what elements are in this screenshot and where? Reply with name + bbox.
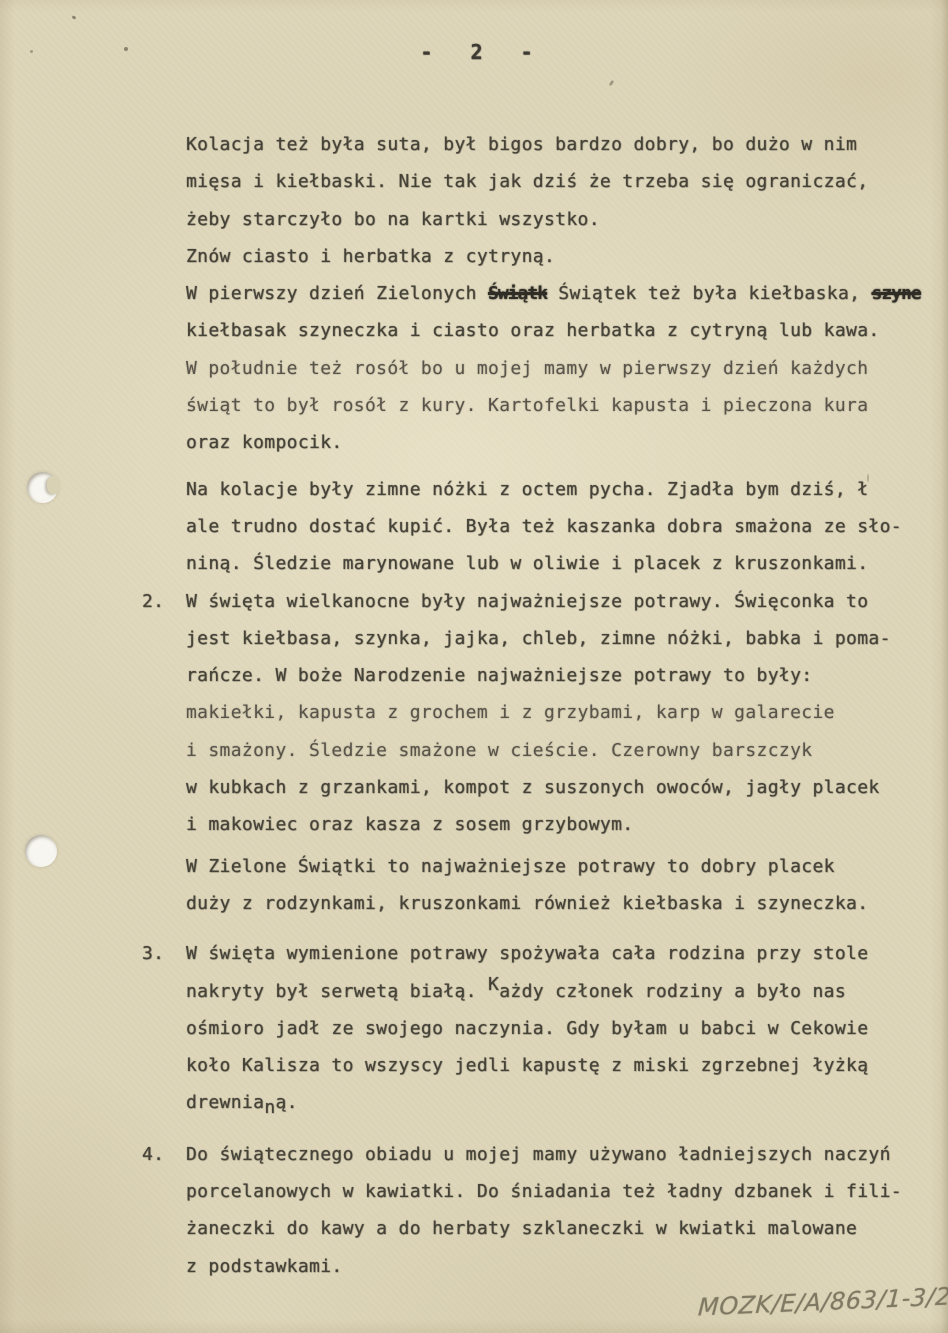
- text-line: Kolacja też była suta, był bigos bardzo …: [186, 126, 926, 163]
- text-segment: świąt to był rosół z kury. Kartofelki ka…: [186, 395, 868, 416]
- text-line: rańcze. W boże Narodzenie najważniejsze …: [186, 657, 926, 694]
- item-number: 3.: [142, 935, 164, 972]
- text-line: W pierwszy dzień Zielonych Świątk Świąte…: [186, 275, 926, 312]
- paper-speck: [72, 15, 77, 20]
- text-line: żaneczki do kawy a do herbaty szklaneczk…: [186, 1210, 926, 1247]
- text-line: Do świątecznego obiadu u mojej mamy używ…: [186, 1136, 926, 1173]
- text-segment: n: [264, 1097, 275, 1118]
- text-segment: nakryty był serwetą białą.: [186, 981, 488, 1002]
- text-segment: Kolacja też była suta, był bigos bardzo …: [186, 134, 857, 155]
- text-segment: niną. Śledzie marynowane lub w oliwie i …: [186, 553, 868, 574]
- text-line: mięsa i kiełbaski. Nie tak jak dziś że t…: [186, 163, 926, 200]
- text-line: w kubkach z grzankami, kompot z suszonyc…: [186, 769, 926, 806]
- text-line: Na kolacje były zimne nóżki z octem pych…: [186, 471, 926, 508]
- text-line: jest kiełbasa, szynka, jajka, chleb, zim…: [186, 620, 926, 657]
- text-line: żeby starczyło bo na kartki wszystko.: [186, 201, 926, 238]
- text-line: Znów ciasto i herbatka z cytryną.: [186, 238, 926, 275]
- struck-out-text: szyne: [872, 283, 921, 304]
- paragraph: Na kolacje były zimne nóżki z octem pych…: [186, 471, 926, 583]
- item-number: 2.: [142, 583, 164, 620]
- text-segment: rańcze. W boże Narodzenie najważniejsze …: [186, 665, 812, 686]
- text-segment: oraz kompocik.: [186, 432, 343, 453]
- paper-speck: [124, 47, 128, 51]
- text-segment: mięsa i kiełbaski. Nie tak jak dziś że t…: [186, 171, 868, 192]
- text-line: i smażony. Śledzie smażone w cieście. Cz…: [186, 732, 926, 769]
- numbered-paragraph: 2.W święta wielkanocne były najważniejsz…: [186, 583, 926, 844]
- text-segment: W Zielone Świątki to najważniejsze potra…: [186, 856, 835, 877]
- struck-out-text: Świątk: [488, 283, 547, 304]
- text-segment: Na kolacje były zimne nóżki z octem pych…: [186, 479, 868, 500]
- paragraph: Znów ciasto i herbatka z cytryną.: [186, 238, 926, 275]
- text-line: W święta wymienione potrawy spożywała ca…: [186, 935, 926, 972]
- catalog-number-handwritten: MOZK/E/A/863/1-3/2: [697, 1282, 948, 1321]
- text-segment: Do świątecznego obiadu u mojej mamy używ…: [186, 1144, 891, 1165]
- text-line: W południe też rosół bo u mojej mamy w p…: [186, 350, 926, 387]
- text-line: i makowiec oraz kasza z sosem grzybowym.: [186, 806, 926, 843]
- text-segment: i smażony. Śledzie smażone w cieście. Cz…: [186, 740, 812, 761]
- document-page: - 2 - Kolacja też była suta, był bigos b…: [0, 0, 948, 1333]
- text-line: oraz kompocik.: [186, 424, 926, 461]
- item-number: 4.: [142, 1136, 164, 1173]
- text-line: makiełki, kapusta z grochem i z grzybami…: [186, 694, 926, 731]
- text-segment: Świątek też była kiełbaska,: [547, 283, 871, 304]
- text-segment: drewnia: [186, 1092, 264, 1113]
- text-segment: żeby starczyło bo na kartki wszystko.: [186, 209, 600, 230]
- numbered-paragraph: 3.W święta wymienione potrawy spożywała …: [186, 935, 926, 1121]
- text-block: Kolacja też była suta, był bigos bardzo …: [186, 126, 926, 1285]
- text-line: porcelanowych w kawiatki. Do śniadania t…: [186, 1173, 926, 1210]
- text-line: W święta wielkanocne były najważniejsze …: [186, 583, 926, 620]
- text-segment: ośmioro jadł ze swojego naczynia. Gdy by…: [186, 1018, 868, 1039]
- paragraph: W pierwszy dzień Zielonych Świątk Świąte…: [186, 275, 926, 461]
- text-segment: K: [488, 974, 499, 995]
- text-line: ale trudno dostać kupić. Była też kaszan…: [186, 508, 926, 545]
- paragraph: Kolacja też była suta, był bigos bardzo …: [186, 126, 926, 238]
- text-line: nakryty był serwetą białą. Każdy członek…: [186, 973, 926, 1010]
- text-segment: makiełki, kapusta z grochem i z grzybami…: [186, 702, 835, 723]
- text-segment: porcelanowych w kawiatki. Do śniadania t…: [186, 1181, 902, 1202]
- paper-speck: [609, 80, 615, 87]
- text-segment: duży z rodzynkami, kruszonkami również k…: [186, 893, 868, 914]
- text-segment: W święta wymienione potrawy spożywała ca…: [186, 943, 868, 964]
- text-segment: żaneczki do kawy a do herbaty szklaneczk…: [186, 1218, 857, 1239]
- text-line: kiełbasak szyneczka i ciasto oraz herbat…: [186, 312, 926, 349]
- paragraph: W Zielone Świątki to najważniejsze potra…: [186, 848, 926, 923]
- text-segment: kiełbasak szyneczka i ciasto oraz herbat…: [186, 320, 880, 341]
- text-line: W Zielone Świątki to najważniejsze potra…: [186, 848, 926, 885]
- text-segment: ażdy członek rodziny a było nas: [499, 981, 846, 1002]
- text-line: niną. Śledzie marynowane lub w oliwie i …: [186, 545, 926, 582]
- text-line: ośmioro jadł ze swojego naczynia. Gdy by…: [186, 1010, 926, 1047]
- text-line: duży z rodzynkami, kruszonkami również k…: [186, 885, 926, 922]
- text-segment: w kubkach z grzankami, kompot z suszonyc…: [186, 777, 880, 798]
- text-line: koło Kalisza to wszyscy jedli kapustę z …: [186, 1047, 926, 1084]
- text-line: drewnianą.: [186, 1084, 926, 1121]
- punch-hole: [25, 835, 57, 867]
- text-segment: jest kiełbasa, szynka, jajka, chleb, zim…: [186, 628, 891, 649]
- text-segment: W południe też rosół bo u mojej mamy w p…: [186, 358, 868, 379]
- text-segment: W pierwszy dzień Zielonych: [186, 283, 488, 304]
- punch-hole: [27, 472, 58, 503]
- page-number: - 2 -: [0, 40, 948, 64]
- text-segment: Znów ciasto i herbatka z cytryną.: [186, 246, 555, 267]
- text-segment: ą.: [276, 1092, 298, 1113]
- text-segment: W święta wielkanocne były najważniejsze …: [186, 591, 868, 612]
- text-segment: i makowiec oraz kasza z sosem grzybowym.: [186, 814, 633, 835]
- text-line: z podstawkami.: [186, 1248, 926, 1285]
- text-line: świąt to był rosół z kury. Kartofelki ka…: [186, 387, 926, 424]
- numbered-paragraph: 4.Do świątecznego obiadu u mojej mamy uż…: [186, 1136, 926, 1285]
- text-segment: koło Kalisza to wszyscy jedli kapustę z …: [186, 1055, 868, 1076]
- text-segment: ale trudno dostać kupić. Była też kaszan…: [186, 516, 902, 537]
- text-segment: z podstawkami.: [186, 1256, 343, 1277]
- paper-speck: [30, 50, 33, 53]
